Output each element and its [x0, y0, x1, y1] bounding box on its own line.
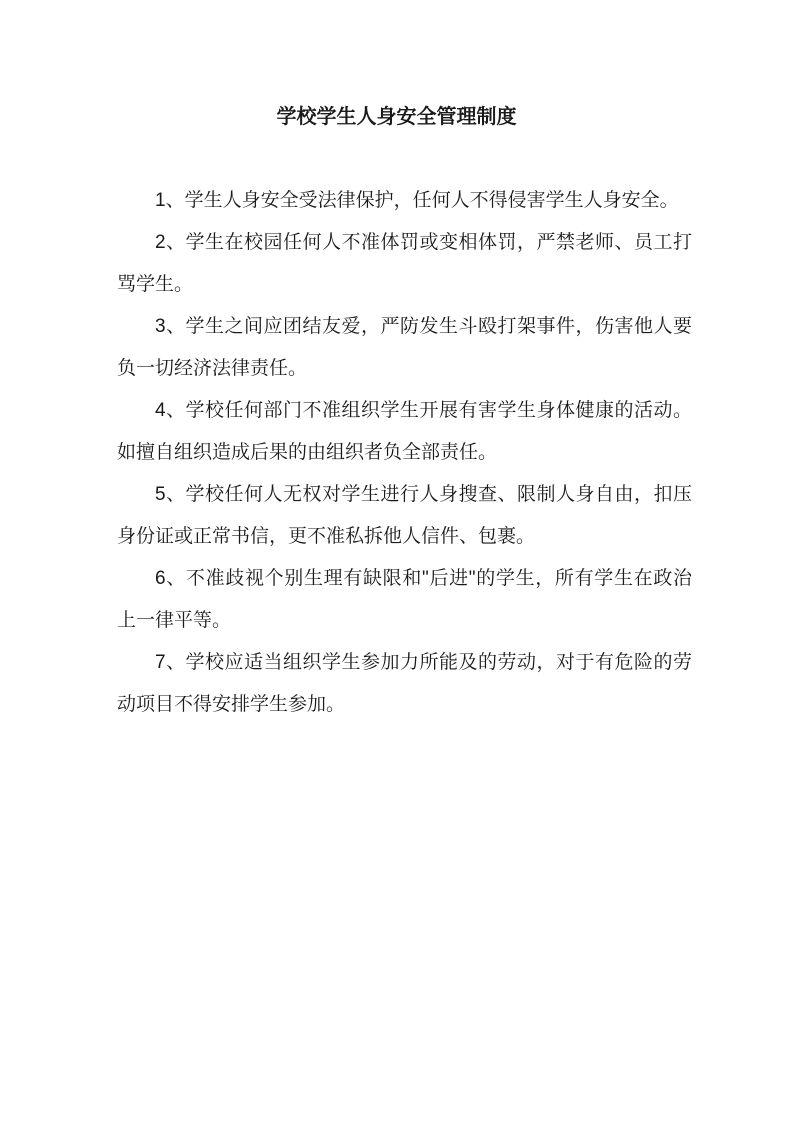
paragraph-3: 3、学生之间应团结友爱，严防发生斗殴打架事件，伤害他人要负一切经济法律责任。	[117, 306, 692, 390]
paragraph-2: 2、学生在校园任何人不准体罚或变相体罚，严禁老师、员工打骂学生。	[117, 222, 692, 306]
paragraph-1: 1、学生人身安全受法律保护，任何人不得侵害学生人身安全。	[117, 180, 692, 222]
paragraph-4: 4、学校任何部门不准组织学生开展有害学生身体健康的活动。如擅自组织造成后果的由组…	[117, 390, 692, 474]
paragraph-7: 7、学校应适当组织学生参加力所能及的劳动，对于有危险的劳动项目不得安排学生参加。	[117, 642, 692, 726]
document-page: 学校学生人身安全管理制度 1、学生人身安全受法律保护，任何人不得侵害学生人身安全…	[0, 0, 793, 1122]
paragraph-6: 6、不准歧视个别生理有缺限和"后进"的学生，所有学生在政治上一律平等。	[117, 558, 692, 642]
document-body: 1、学生人身安全受法律保护，任何人不得侵害学生人身安全。 2、学生在校园任何人不…	[117, 180, 692, 726]
document-title: 学校学生人身安全管理制度	[0, 96, 793, 138]
paragraph-5: 5、学校任何人无权对学生进行人身搜查、限制人身自由，扣压身份证或正常书信，更不准…	[117, 474, 692, 558]
